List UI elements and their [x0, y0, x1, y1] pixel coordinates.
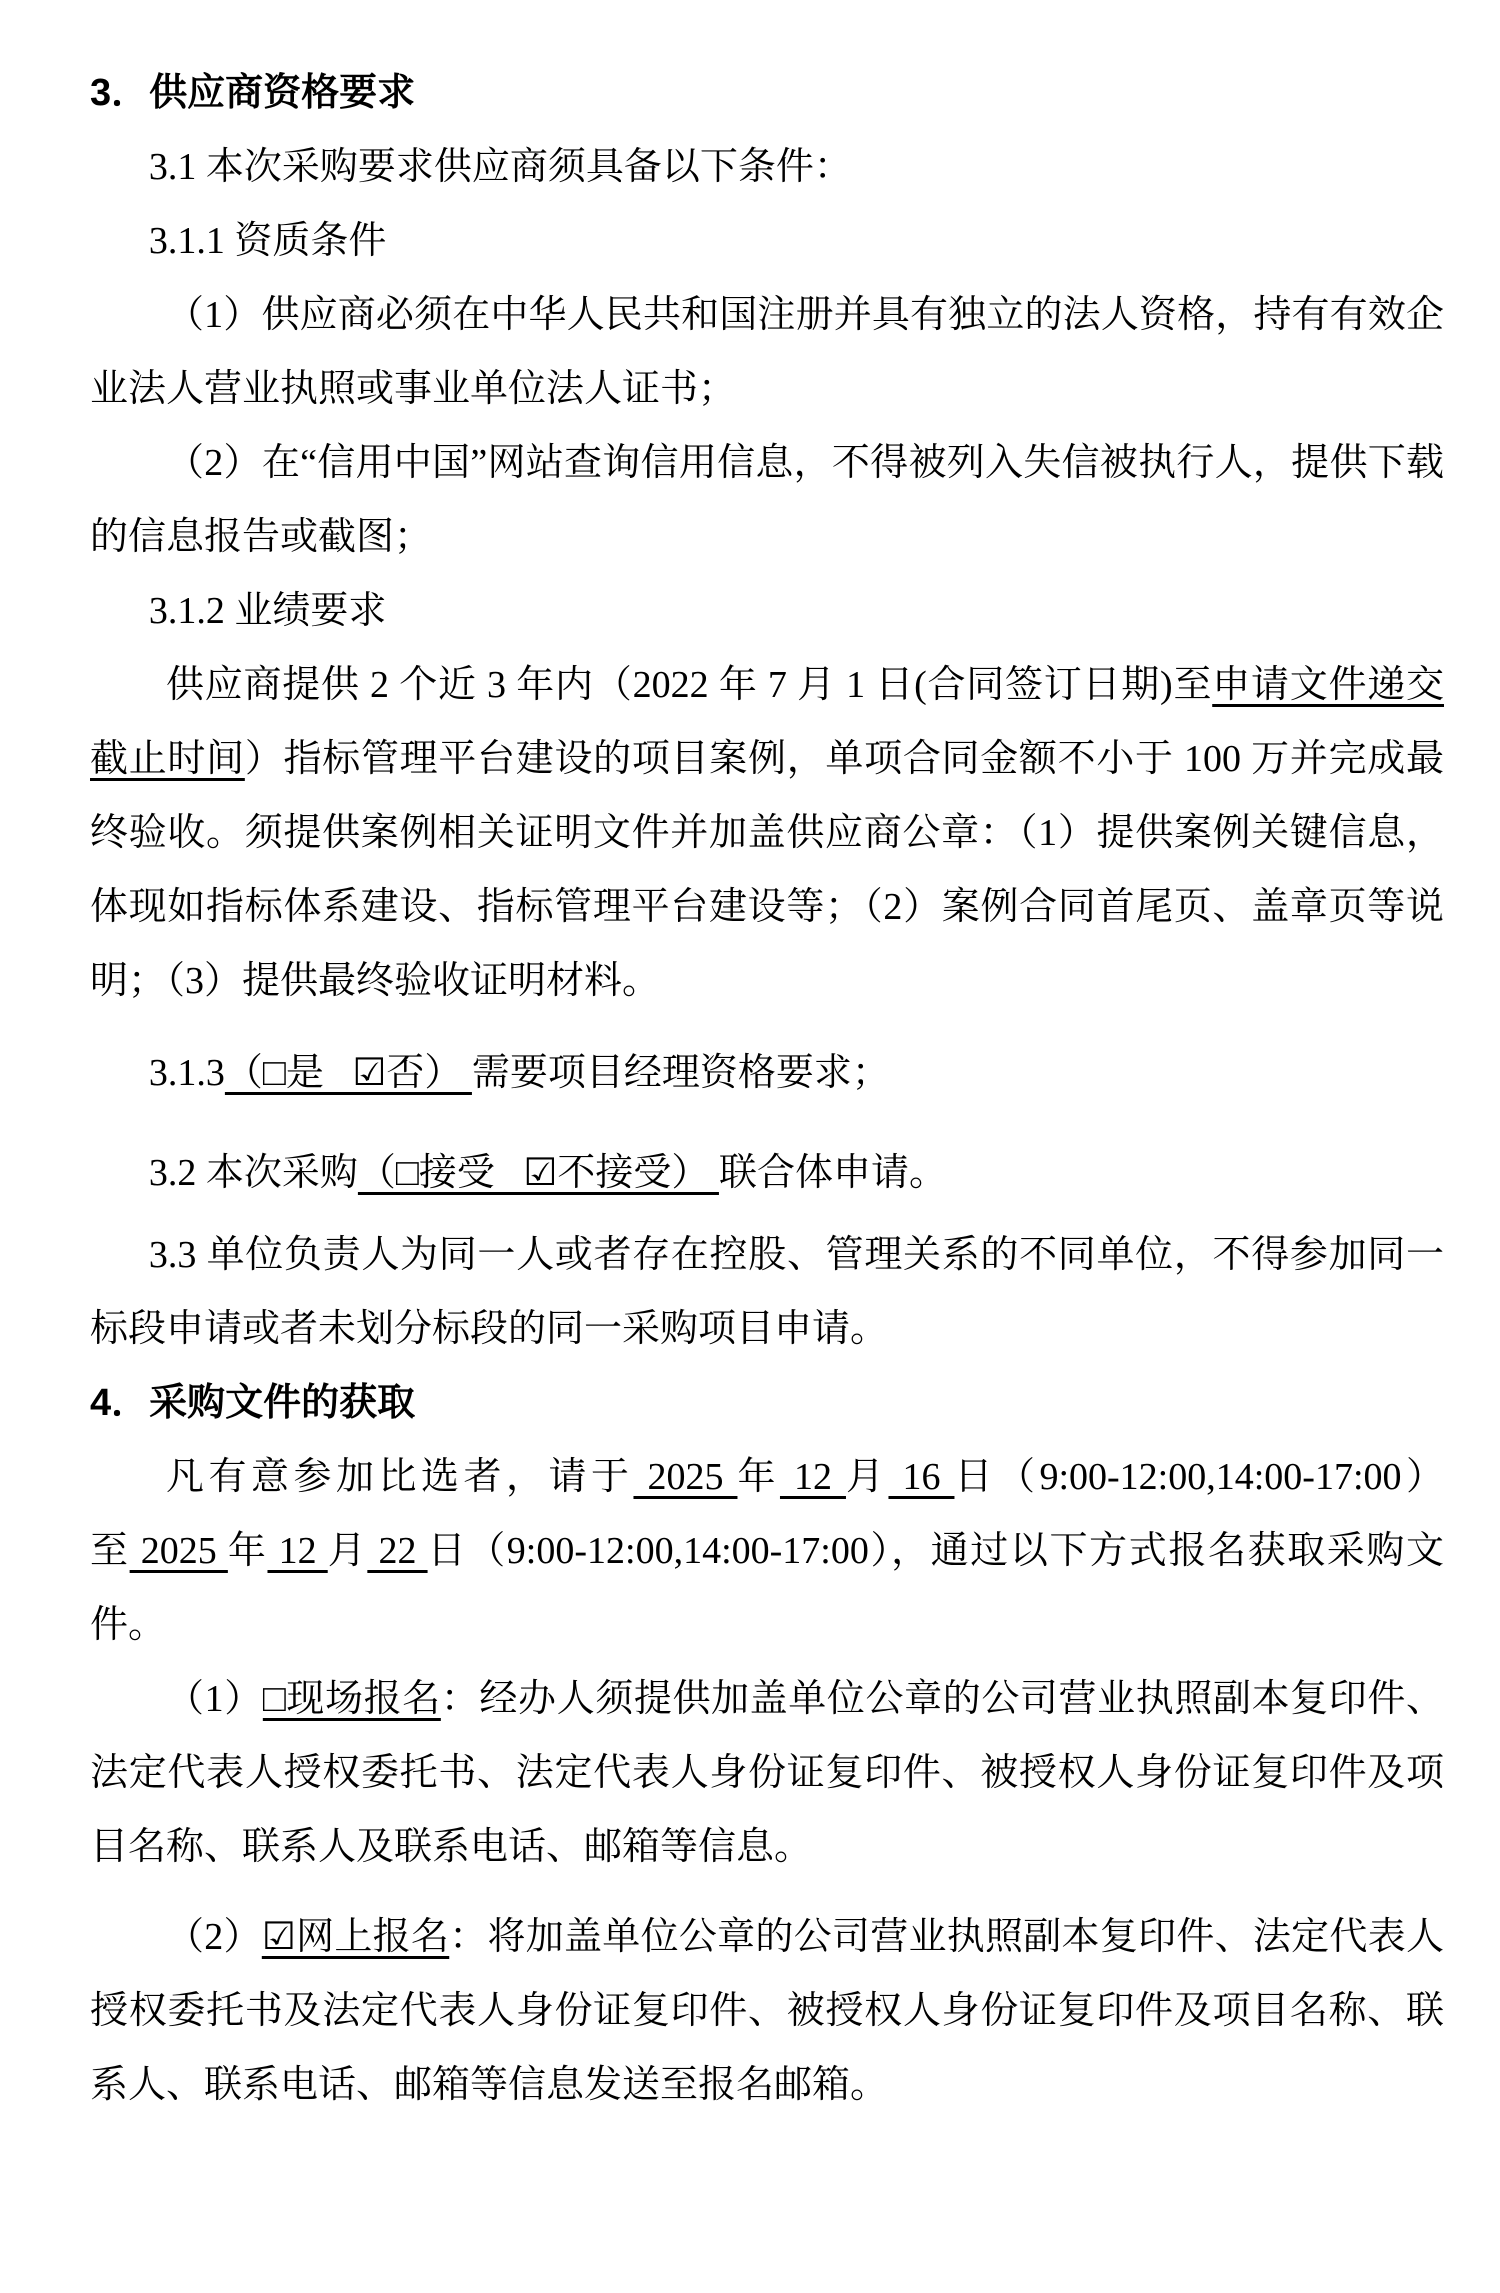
text-run: （1）	[166, 1678, 263, 1720]
para-3-3: 3.3 单位负责人为同一人或者存在控股、管理关系的不同单位，不得参加同一标段申请…	[90, 1218, 1444, 1366]
para-obtain-time: 凡有意参加比选者，请于 2025 年 12 月 16 日（9:00-12:00,…	[90, 1440, 1444, 1662]
text-run: 联合体申请。	[719, 1152, 947, 1194]
text-run: 年	[228, 1530, 268, 1572]
text-run: （2）在“信用中国”网站查询信用信息，不得被列入失信被执行人，提供下载的信息报告…	[90, 442, 1444, 558]
text-run: 供应商提供 2 个近 3 年内（2022 年 7 月 1 日(合同签订日期)至	[166, 664, 1212, 706]
underlined-year-field: 2025	[130, 1530, 228, 1572]
heading-text: 3．供应商资格要求	[90, 72, 415, 114]
text-run: 凡有意参加比选者，请于	[166, 1456, 633, 1498]
para-qualification-item-1: （1）供应商必须在中华人民共和国注册并具有独立的法人资格，持有有效企业法人营业执…	[90, 278, 1444, 426]
para-qualification-item-2: （2）在“信用中国”网站查询信用信息，不得被列入失信被执行人，提供下载的信息报告…	[90, 426, 1444, 574]
heading-text: 4．采购文件的获取	[90, 1382, 415, 1424]
underlined-month-field: 12	[780, 1456, 846, 1498]
checkbox-group-consortium-acceptance: （□接受 ☑不接受）	[358, 1152, 719, 1194]
checkbox-group-project-manager-requirement: （□是 ☑否）	[225, 1052, 472, 1094]
para-performance-requirement: 供应商提供 2 个近 3 年内（2022 年 7 月 1 日(合同签订日期)至申…	[90, 648, 1444, 1018]
document-page: 3．供应商资格要求 3.1 本次采购要求供应商须具备以下条件： 3.1.1 资质…	[0, 0, 1500, 2293]
text-run: 3.3 单位负责人为同一人或者存在控股、管理关系的不同单位，不得参加同一标段申请…	[90, 1234, 1444, 1350]
underlined-month-field: 12	[267, 1530, 327, 1572]
text-run: 3.2 本次采购	[149, 1152, 358, 1194]
section-heading-document-acquisition: 4．采购文件的获取	[90, 1366, 1444, 1440]
text-run: 月	[846, 1456, 889, 1498]
text-run: ）指标管理平台建设的项目案例，单项合同金额不小于 100 万并完成最终验收。须提…	[90, 738, 1444, 1002]
text-run: 年	[737, 1456, 780, 1498]
checkbox-onsite-registration: □现场报名	[263, 1678, 441, 1720]
text-run: 3.1.2 业绩要求	[149, 590, 387, 632]
para-3-1-3: 3.1.3（□是 ☑否） 需要项目经理资格要求；	[90, 1036, 1444, 1110]
text-run: 需要项目经理资格要求；	[472, 1052, 890, 1094]
para-online-registration: （2）☑网上报名：将加盖单位公章的公司营业执照副本复印件、法定代表人授权委托书及…	[90, 1900, 1444, 2122]
text-run: （2）	[166, 1916, 262, 1958]
para-3-1: 3.1 本次采购要求供应商须具备以下条件：	[90, 130, 1444, 204]
underlined-day-field: 22	[367, 1530, 427, 1572]
underlined-day-field: 16	[888, 1456, 954, 1498]
text-run: 月	[328, 1530, 368, 1572]
text-run: 3.1.3	[149, 1052, 225, 1094]
para-onsite-registration: （1）□现场报名：经办人须提供加盖单位公章的公司营业执照副本复印件、法定代表人授…	[90, 1662, 1444, 1884]
section-heading-supplier-qualification: 3．供应商资格要求	[90, 56, 1444, 130]
para-3-1-1: 3.1.1 资质条件	[90, 204, 1444, 278]
text-run: （1）供应商必须在中华人民共和国注册并具有独立的法人资格，持有有效企业法人营业执…	[90, 294, 1444, 410]
underlined-year-field: 2025	[633, 1456, 737, 1498]
text-run: 3.1 本次采购要求供应商须具备以下条件：	[149, 146, 852, 188]
para-3-2: 3.2 本次采购（□接受 ☑不接受） 联合体申请。	[90, 1136, 1444, 1210]
text-run: 3.1.1 资质条件	[149, 220, 387, 262]
checkbox-online-registration: ☑网上报名	[262, 1916, 449, 1958]
para-3-1-2: 3.1.2 业绩要求	[90, 574, 1444, 648]
